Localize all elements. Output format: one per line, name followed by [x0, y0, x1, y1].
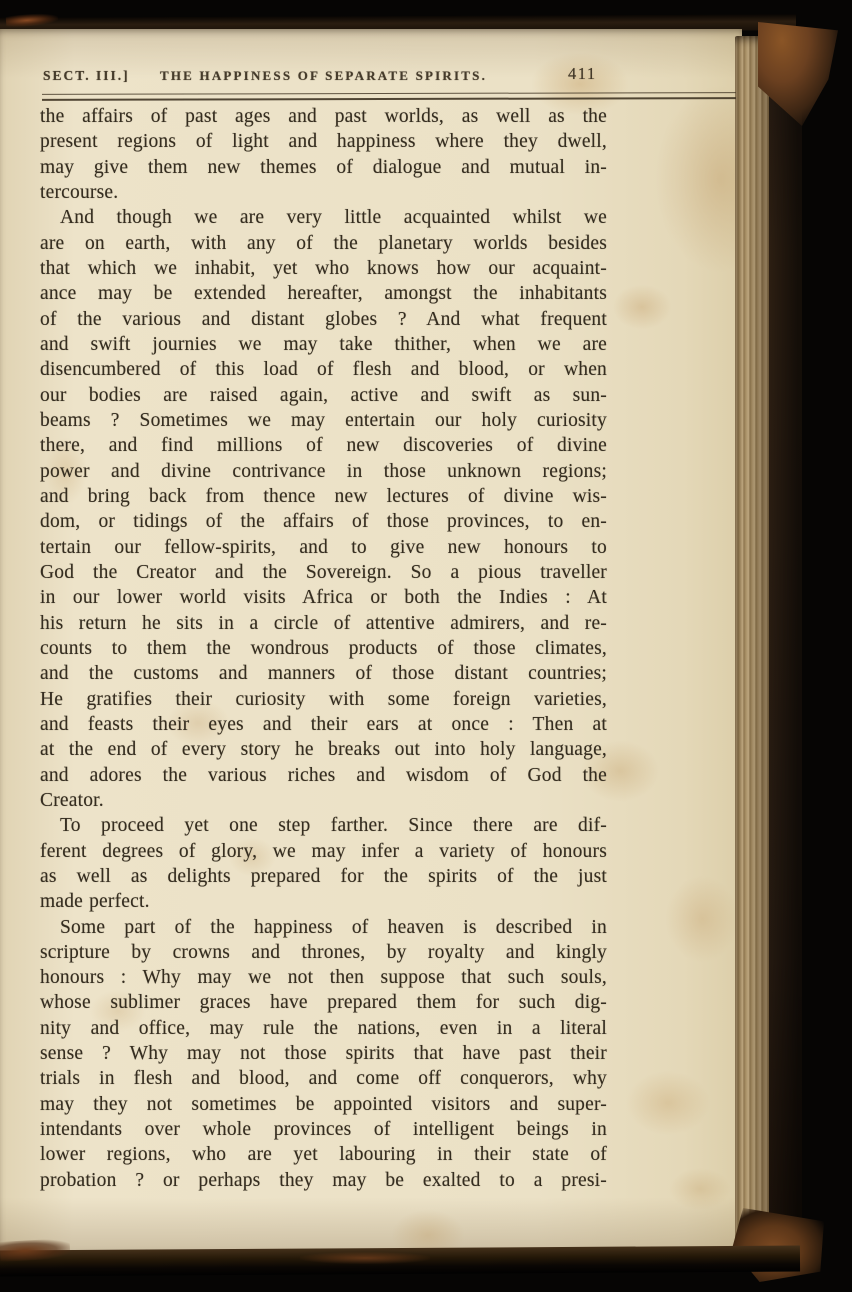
text-line: the affairs of past ages and past worlds… [40, 104, 607, 129]
text-line: ferent degrees of glory, we may infer a … [40, 839, 607, 864]
book-cover-edge [769, 28, 802, 1266]
page-header: SECT. III.] THE HAPPINESS OF SEPARATE SP… [40, 62, 740, 92]
text-line: trials in flesh and blood, and come off … [40, 1066, 607, 1091]
text-line: power and divine contrivance in those un… [40, 459, 607, 484]
text-line: may they not sometimes be appointed visi… [40, 1092, 607, 1117]
text-line: beams ? Sometimes we may entertain our h… [40, 408, 607, 433]
text-line: disencumbered of this load of flesh and … [40, 357, 607, 382]
text-line: intendants over whole provinces of intel… [40, 1117, 607, 1142]
text-line: may give them new themes of dialogue and… [40, 155, 607, 180]
book-fore-edge-pages [735, 36, 773, 1252]
text-line: Some part of the happiness of heaven is … [40, 915, 607, 940]
text-line: tertain our fellow-spirits, and to give … [40, 535, 607, 560]
printed-page-content: SECT. III.] THE HAPPINESS OF SEPARATE SP… [40, 62, 740, 92]
text-line: nity and office, may rule the nations, e… [40, 1016, 607, 1041]
text-line: whose sublimer graces have prepared them… [40, 990, 607, 1015]
running-title: THE HAPPINESS OF SEPARATE SPIRITS. [160, 68, 487, 84]
text-line: are on earth, with any of the planetary … [40, 231, 607, 256]
text-line: scripture by crowns and thrones, by roya… [40, 940, 607, 965]
text-line: that which we inhabit, yet who knows how… [40, 256, 607, 281]
section-label: SECT. III.] [43, 68, 130, 84]
text-line: Creator. [40, 788, 607, 813]
text-line: sense ? Why may not those spirits that h… [40, 1041, 607, 1066]
text-line: there, and find millions of new discover… [40, 433, 607, 458]
text-line: To proceed yet one step farther. Since t… [40, 813, 607, 838]
text-line: ance may be extended hereafter, amongst … [40, 281, 607, 306]
text-line: probation ? or perhaps they may be exalt… [40, 1168, 607, 1193]
page-number: 411 [568, 64, 597, 84]
text-line: and swift journies we may take thither, … [40, 332, 607, 357]
text-line: counts to them the wondrous products of … [40, 636, 607, 661]
text-line: He gratifies their curiosity with some f… [40, 687, 607, 712]
text-line: of the various and distant globes ? And … [40, 307, 607, 332]
text-line: present regions of light and happiness w… [40, 129, 607, 154]
text-line: in our lower world visits Africa or both… [40, 585, 607, 610]
text-line: and adores the various riches and wisdom… [40, 763, 607, 788]
text-line: made perfect. [40, 889, 607, 914]
text-line: as well as delights prepared for the spi… [40, 864, 607, 889]
text-line: dom, or tidings of the affairs of those … [40, 509, 607, 534]
text-line: his return he sits in a circle of attent… [40, 611, 607, 636]
book-bottom-edge-accent [300, 1252, 430, 1264]
text-line: and the customs and manners of those dis… [40, 661, 607, 686]
text-line: lower regions, who are yet labouring in … [40, 1142, 607, 1167]
text-line: And though we are very little acquainted… [40, 205, 607, 230]
text-line: honours : Why may we not then suppose th… [40, 965, 607, 990]
text-line: at the end of every story he breaks out … [40, 737, 607, 762]
text-line: tercourse. [40, 180, 607, 205]
text-line: God the Creator and the Sovereign. So a … [40, 560, 607, 585]
book-bottom-left-corner [0, 1238, 70, 1262]
body-text: the affairs of past ages and past worlds… [40, 104, 607, 1193]
text-line: and feasts their eyes and their ears at … [40, 712, 607, 737]
text-line: and bring back from thence new lectures … [40, 484, 607, 509]
text-line: our bodies are raised again, active and … [40, 383, 607, 408]
